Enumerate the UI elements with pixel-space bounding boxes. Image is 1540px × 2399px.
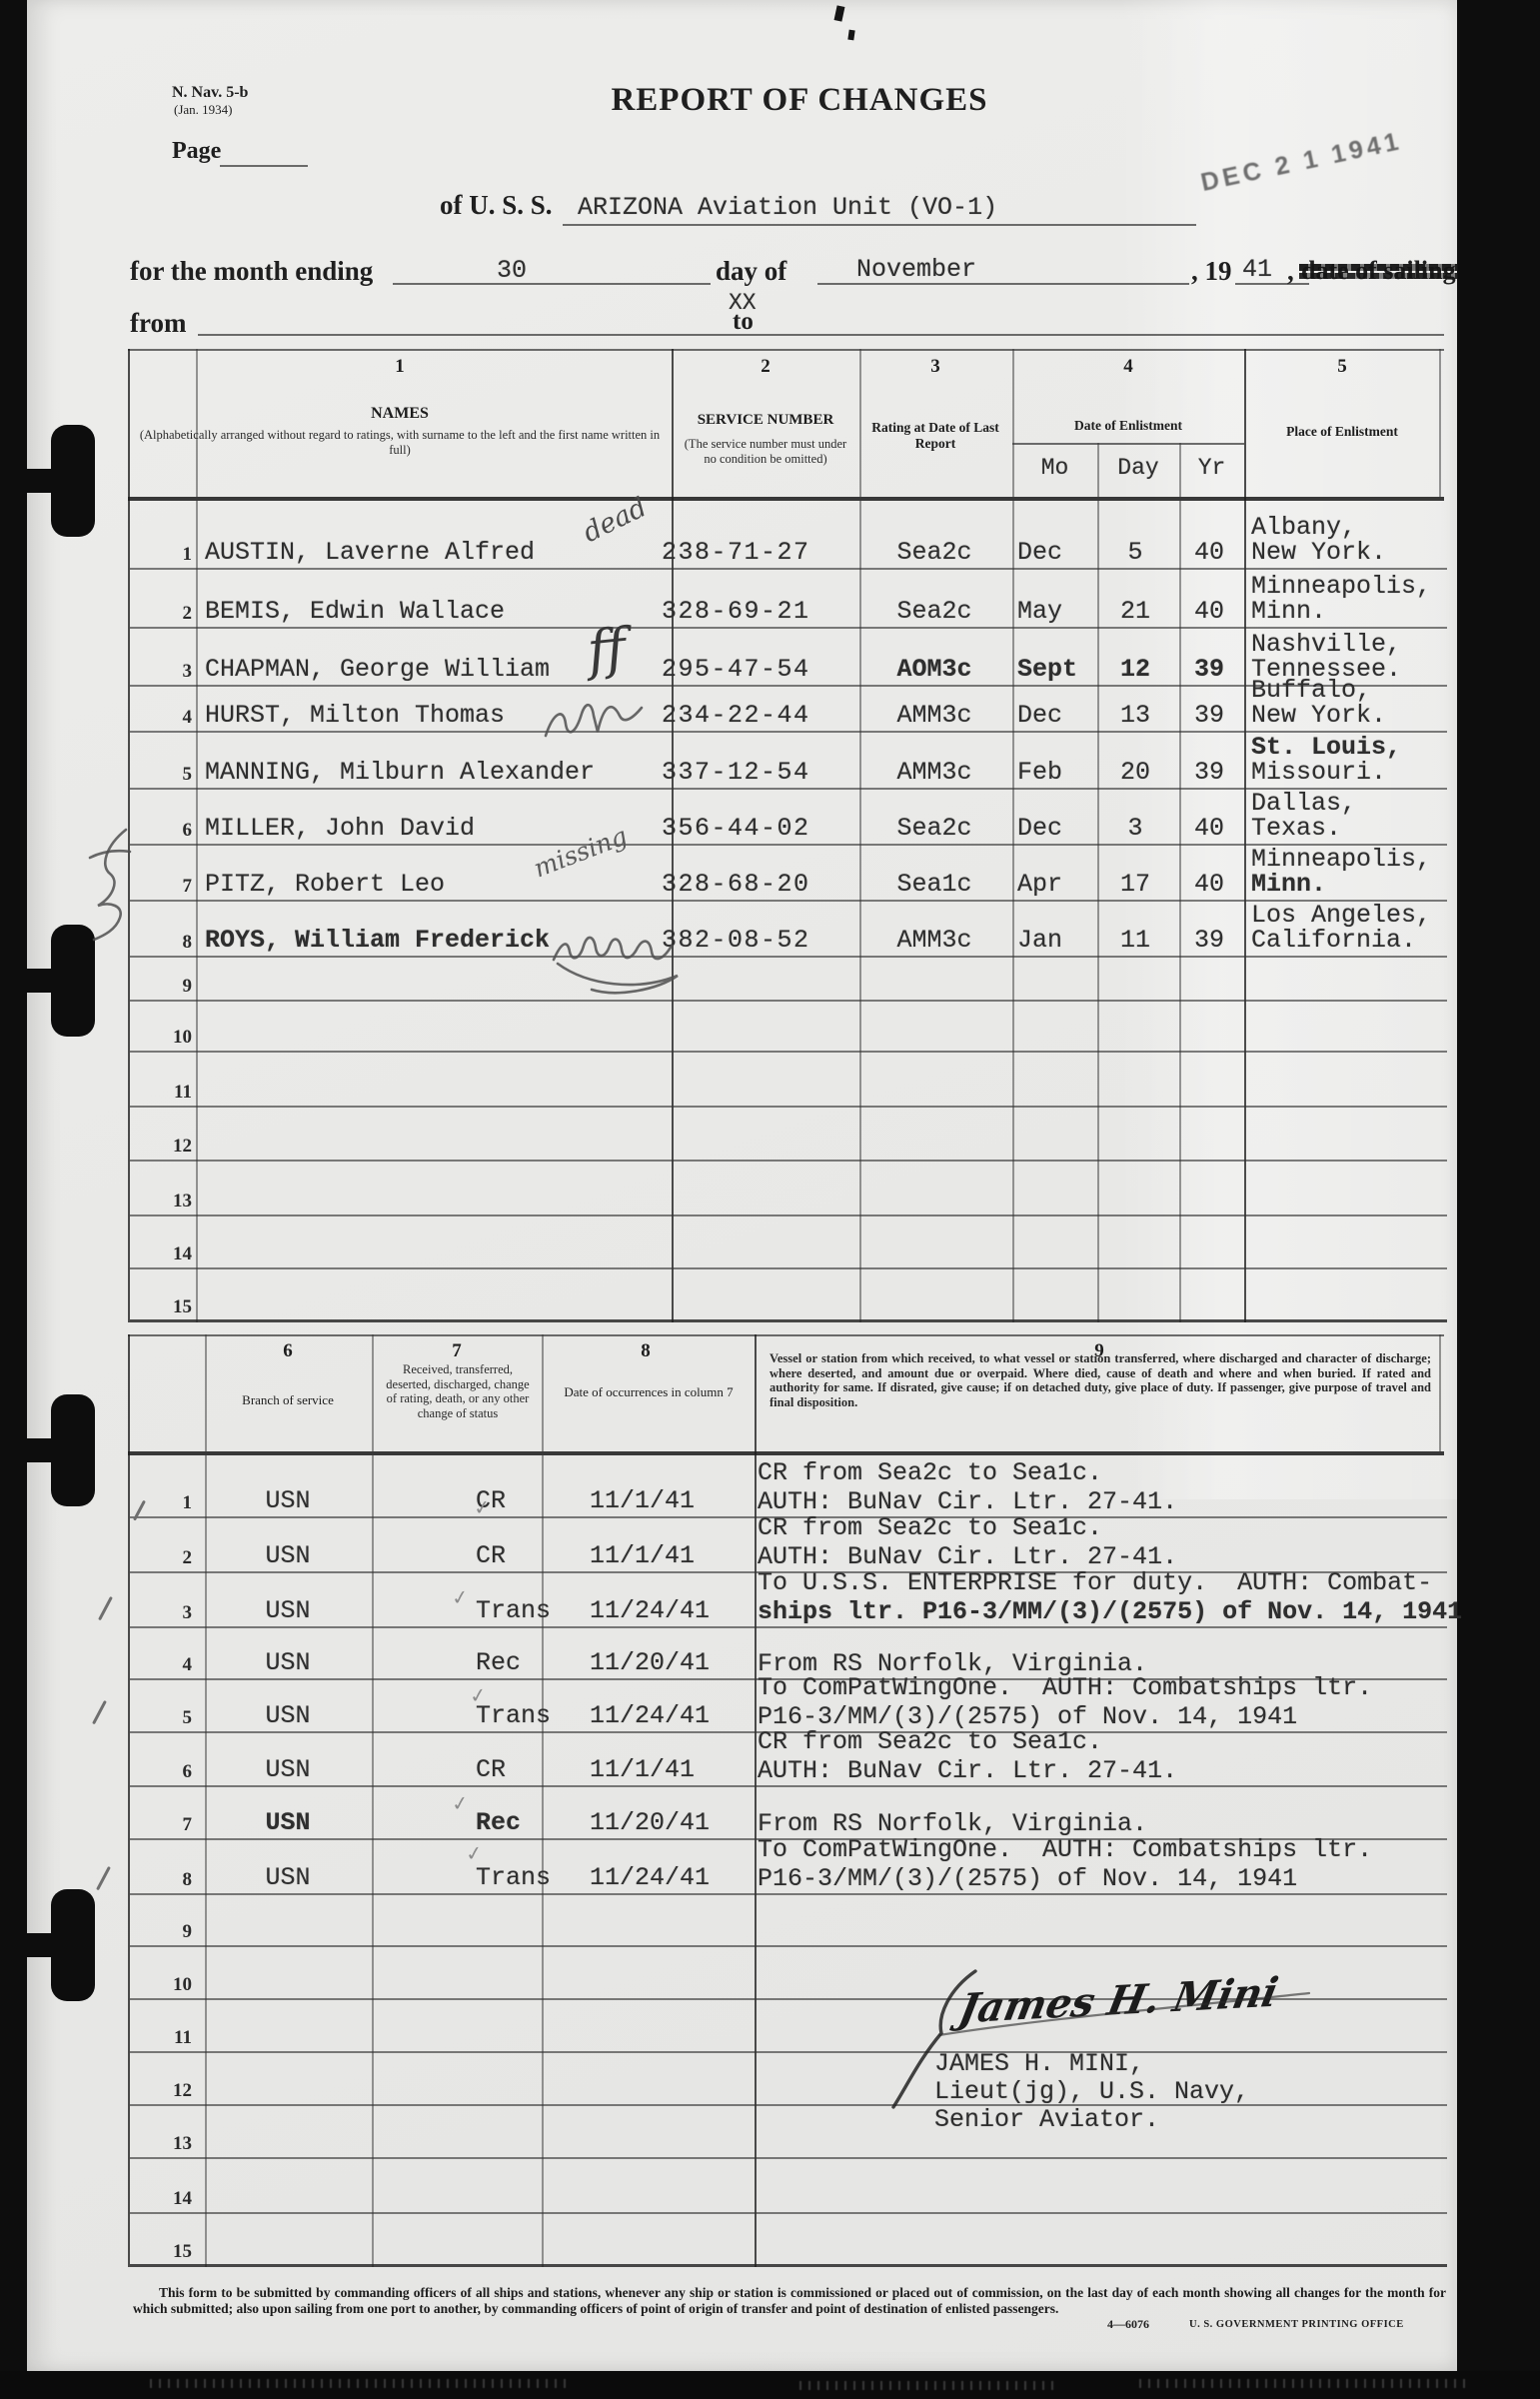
change-cell: Rec [476,1808,521,1837]
remarks-cell: From RS Norfolk, Virginia. [758,1809,1540,1838]
film-noise [150,2379,570,2388]
enlist-day-cell: 17 [1095,870,1175,899]
remarks-cell: CR from Sea2c to Sea1c.AUTH: BuNav Cir. … [758,1727,1540,1785]
table-row: 1 AUSTIN, Laverne Alfred 238-71-27 Sea2c… [128,500,1459,570]
row-number: 6 [160,820,192,842]
enlist-year-cell: 39 [1177,701,1241,730]
signature-typed-name: JAMES H. MINI, [934,2049,1144,2078]
page-underline [220,165,308,167]
table-row: 7 USN Rec 11/20/41 From RS Norfolk, Virg… [128,1787,1459,1840]
row-number: 6 [160,1761,192,1783]
day-value: 30 [497,256,527,285]
enlist-month-cell: Feb [1017,758,1062,787]
pencil-check: ✓ [450,1790,470,1816]
service-number-title: SERVICE NUMBER [676,412,855,429]
change-cell: Rec [476,1648,521,1677]
remarks-cell: CR from Sea2c to Sea1c.AUTH: BuNav Cir. … [758,1513,1540,1571]
from-to-underline [198,334,1444,336]
change-cell: CR [476,1541,506,1570]
remarks-cell: To ComPatWingOne. AUTH: Combatships ltr.… [758,1835,1540,1893]
table-row: 7 PITZ, Robert Leo 328-68-20 Sea1c Apr 1… [128,846,1459,902]
gpo-imprint: U. S. GOVERNMENT PRINTING OFFICE [1189,2319,1404,2330]
year-prefix-label: , 19 [1191,256,1232,287]
service-number-cell: 356-44-02 [662,814,810,843]
table-row-empty: 9 [128,958,1459,1002]
service-number-cell: 238-71-27 [662,538,810,567]
row-number: 14 [160,2188,192,2210]
table-row: 2 USN CR 11/1/41 CR from Sea2c to Sea1c.… [128,1518,1459,1573]
row-number: 5 [160,1707,192,1729]
change-cell: Trans [476,1863,551,1892]
enlist-year-cell: 40 [1177,870,1241,899]
enlistment-column-title: Date of Enlistment [1020,418,1236,434]
col-number-1: 1 [330,356,470,378]
row-number: 3 [160,1602,192,1624]
branch-cell: USN [218,1863,358,1892]
year-value: 41 [1242,255,1272,284]
rating-cell: AMM3c [859,926,1009,955]
page-label: Page [172,138,221,165]
table-row-empty: 14 [128,1216,1459,1269]
month-underline [817,283,1189,285]
table1-right-border [1439,349,1441,500]
form-revision: (Jan. 1934) [174,102,233,118]
enlist-year-cell: 39 [1177,926,1241,955]
names-column-title: NAMES [300,405,500,423]
row-number: 15 [160,2241,192,2263]
branch-cell: USN [218,1596,358,1625]
yr-subcolumn-label: Yr [1179,455,1244,481]
enlist-year-cell: 40 [1177,597,1241,626]
enlist-day-cell: 11 [1095,926,1175,955]
enlist-month-cell: Dec [1017,701,1062,730]
table-row: 6 USN CR 11/1/41 CR from Sea2c to Sea1c.… [128,1733,1459,1787]
row-number: 13 [160,2133,192,2155]
page-title: REPORT OF CHANGES [560,82,1039,119]
date-column-title: Date of occurrences in column 7 [556,1384,742,1399]
rating-cell: AMM3c [859,758,1009,787]
table-row-empty: 15 [128,2214,1459,2267]
enlist-day-cell: 13 [1095,701,1175,730]
table-row-empty: 9 [128,1895,1459,1947]
row-number: 11 [160,1082,192,1104]
rating-cell: Sea2c [859,814,1009,843]
date-cell: 11/20/41 [590,1648,710,1677]
film-noise [1139,2379,1469,2388]
branch-cell: USN [218,1755,358,1784]
mo-subcolumn-label: Mo [1012,455,1097,481]
row-number: 2 [160,603,192,625]
enlist-day-cell: 12 [1095,655,1175,684]
enlistment-subheader-line [1012,443,1244,445]
table-row-empty: 10 [128,1002,1459,1053]
pencil-check: ✓ [468,1682,488,1708]
name-cell: MANNING, Milburn Alexander [205,758,595,787]
name-cell: ROYS, William Frederick [205,926,550,955]
date-cell: 11/20/41 [590,1808,710,1837]
change-cell: Trans [476,1596,551,1625]
vessel-column-title: Vessel or station from which received, t… [770,1351,1431,1409]
table2-right-border [1439,1334,1441,1454]
branch-cell: USN [218,1808,358,1837]
date-cell: 11/1/41 [590,1541,695,1570]
row-number: 9 [160,976,192,998]
row-number: 2 [160,1547,192,1569]
branch-column-title: Branch of service [213,1392,363,1408]
signature-title: Senior Aviator. [934,2105,1159,2134]
row-number: 11 [160,2027,192,2049]
rating-cell: Sea2c [859,538,1009,567]
row-number: 7 [160,1814,192,1836]
service-number-cell: 337-12-54 [662,758,810,787]
table-row-empty: 14 [128,2159,1459,2214]
row-number: 12 [160,2080,192,2102]
branch-cell: USN [218,1648,358,1677]
table-row: 1 USN CR 11/1/41 CR from Sea2c to Sea1c.… [128,1455,1459,1518]
table-row-empty: 13 [128,1162,1459,1216]
place-cell-line2: Missouri. [1251,758,1386,787]
branch-cell: USN [218,1541,358,1570]
enlist-month-cell: May [1017,597,1062,626]
rating-cell: Sea2c [859,597,1009,626]
table-row-empty: 11 [128,1053,1459,1108]
change-cell: CR [476,1755,506,1784]
signature-rank: Lieut(jg), U.S. Navy, [934,2077,1249,2106]
date-cell: 11/1/41 [590,1486,695,1515]
date-cell: 11/24/41 [590,1596,710,1625]
col-number-8: 8 [576,1340,716,1362]
rating-cell: AMM3c [859,701,1009,730]
enlist-day-cell: 21 [1095,597,1175,626]
row-number: 1 [160,544,192,566]
date-of-sailing-struck: date of sailing [1301,256,1456,286]
date-cell: 11/24/41 [590,1701,710,1730]
table-row: 3 USN Trans 11/24/41 To U.S.S. ENTERPRIS… [128,1573,1459,1628]
service-number-cell: 328-68-20 [662,870,810,899]
table-row: 5 USN Trans 11/24/41 To ComPatWingOne. A… [128,1680,1459,1733]
table-row: 8 USN Trans 11/24/41 To ComPatWingOne. A… [128,1840,1459,1895]
name-cell: CHAPMAN, George William [205,655,550,684]
binding-tab [25,1889,91,2001]
table2-top-border [128,1334,1444,1336]
row-number: 13 [160,1191,192,1212]
service-number-cell: 295-47-54 [662,655,810,684]
names-column-subtitle: (Alphabetically arranged without regard … [138,428,662,457]
place-cell-line2: New York. [1251,701,1386,730]
enlist-year-cell: 40 [1177,538,1241,567]
place-cell-line2: Minn. [1251,597,1326,626]
day-subcolumn-label: Day [1097,455,1179,481]
row-number: 12 [160,1136,192,1158]
month-value: November [856,255,976,284]
place-cell-line2: Texas. [1251,814,1341,843]
enlist-year-cell: 39 [1177,758,1241,787]
service-number-cell: 328-69-21 [662,597,810,626]
col-number-7: 7 [387,1340,527,1362]
enlist-day-cell: 5 [1095,538,1175,567]
rating-cell: Sea1c [859,870,1009,899]
remarks-cell: To U.S.S. ENTERPRISE for duty. AUTH: Com… [758,1568,1540,1626]
row-number: 5 [160,764,192,786]
row-number: 9 [160,1921,192,1943]
branch-cell: USN [218,1486,358,1515]
to-label: to [733,308,754,336]
col-number-4: 4 [1058,356,1198,378]
remarks-cell: CR from Sea2c to Sea1c.AUTH: BuNav Cir. … [758,1458,1540,1516]
enlist-day-cell: 20 [1095,758,1175,787]
binding-tab [25,425,91,537]
row-number: 10 [160,1974,192,1996]
print-code: 4—6076 [1107,2317,1149,2332]
rating-cell: AOM3c [859,655,1009,684]
row-number: 4 [160,707,192,729]
enlist-month-cell: Sept [1017,655,1077,684]
place-cell-line2: New York. [1251,538,1386,567]
col-number-3: 3 [865,356,1005,378]
year-underline [1235,283,1309,285]
table-row: 6 MILLER, John David 356-44-02 Sea2c Dec… [128,790,1459,846]
name-cell: MILLER, John David [205,814,475,843]
enlist-month-cell: Apr [1017,870,1062,899]
microfilm-frame: N. Nav. 5-b (Jan. 1934) Page REPORT OF C… [0,0,1540,2399]
enlist-month-cell: Dec [1017,814,1062,843]
branch-cell: USN [218,1701,358,1730]
table-row-empty: 15 [128,1269,1459,1322]
row-number: 7 [160,876,192,898]
col-number-6: 6 [218,1340,358,1362]
date-cell: 11/24/41 [590,1863,710,1892]
change-column-title: Received, transferred, deserted, dischar… [385,1362,531,1420]
row-number: 14 [160,1243,192,1265]
col-number-2: 2 [696,356,835,378]
place-column-title: Place of Enlistment [1252,424,1432,440]
day-of-label: day of [716,256,786,287]
form-instructions: This form to be submitted by commanding … [133,2285,1446,2316]
pencil-check: ✓ [450,1584,470,1610]
of-uss-label: of U. S. S. [440,190,553,221]
handwritten-scribble [548,920,723,1000]
place-cell-line2: California. [1251,926,1416,955]
name-cell: BEMIS, Edwin Wallace [205,597,505,626]
place-cell-line2: Minn. [1251,870,1326,899]
pencil-check: ✓ [472,1494,492,1520]
row-number: 10 [160,1027,192,1049]
service-number-cell: 234-22-44 [662,701,810,730]
day-underline [393,283,711,285]
service-number-subtitle: (The service number must under no condit… [678,437,853,466]
name-cell: PITZ, Robert Leo [205,870,445,899]
enlist-year-cell: 39 [1177,655,1241,684]
handwritten-note-ff: ff [585,616,630,683]
table-row: 5 MANNING, Milburn Alexander 337-12-54 A… [128,733,1459,790]
date-cell: 11/1/41 [590,1755,695,1784]
handwritten-scribble [540,694,650,750]
table1-top-border [128,349,1444,351]
form-number: N. Nav. 5-b [172,84,248,102]
ship-name-value: ARIZONA Aviation Unit (VO-1) [578,193,997,222]
enlist-month-cell: Dec [1017,538,1062,567]
month-ending-label: for the month ending [130,256,373,287]
from-label: from [130,308,186,339]
row-number: 4 [160,1654,192,1676]
film-noise [799,2381,1059,2390]
handwritten-margin-scribble [76,822,148,948]
table-row-empty: 12 [128,1108,1459,1162]
ship-underline [563,224,1196,226]
name-cell: HURST, Milton Thomas [205,701,505,730]
pencil-check: ✓ [464,1840,484,1866]
row-number: 15 [160,1296,192,1318]
row-number: 3 [160,661,192,683]
enlist-day-cell: 3 [1095,814,1175,843]
remarks-cell: To ComPatWingOne. AUTH: Combatships ltr.… [758,1673,1540,1731]
row-number: 8 [160,932,192,954]
table-row: 8 ROYS, William Frederick 382-08-52 AMM3… [128,902,1459,958]
rating-column-title: Rating at Date of Last Report [865,420,1005,452]
row-number: 1 [160,1492,192,1514]
enlist-month-cell: Jan [1017,926,1062,955]
col-number-5: 5 [1272,356,1412,378]
enlist-year-cell: 40 [1177,814,1241,843]
name-cell: AUSTIN, Laverne Alfred [205,538,535,567]
binding-tab [25,1394,91,1506]
table-row: 4 HURST, Milton Thomas 234-22-44 AMM3c D… [128,687,1459,733]
table-row: 2 BEMIS, Edwin Wallace 328-69-21 Sea2c M… [128,570,1459,629]
row-number: 8 [160,1869,192,1891]
